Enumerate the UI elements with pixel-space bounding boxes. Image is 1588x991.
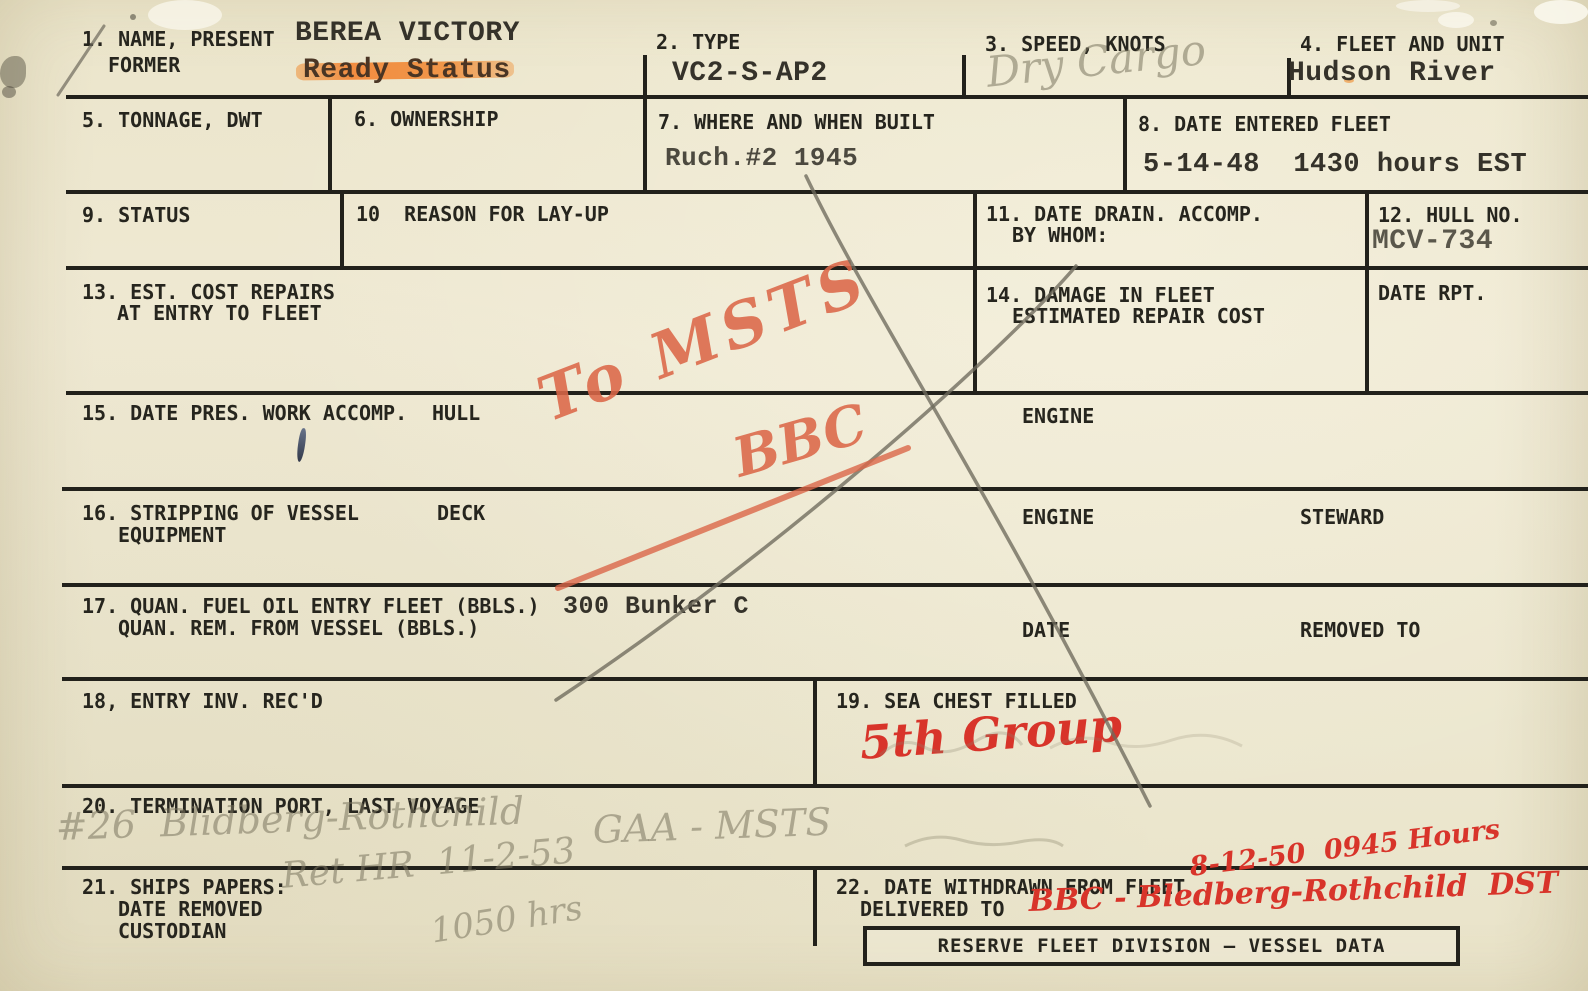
field-preswork-engine-label: ENGINE	[1022, 404, 1094, 428]
footer-stamp-box: RESERVE FLEET DIVISION — VESSEL DATA	[863, 926, 1460, 966]
field-status-label: 9. STATUS	[82, 203, 190, 227]
field-papers-label: 21. SHIPS PAPERS:	[82, 875, 287, 899]
divider	[62, 487, 1588, 491]
transfer-note-bbc: BBC	[726, 391, 874, 490]
field-type-value: VC2-S-AP2	[672, 58, 828, 89]
paper-damage	[0, 56, 26, 88]
divider	[340, 190, 344, 268]
field-type-label: 2. TYPE	[656, 30, 740, 54]
field-name-value: BEREA VICTORY	[295, 18, 520, 49]
field-preswork-label: 15. DATE PRES. WORK ACCOMP.	[82, 401, 407, 425]
vessel-data-card: 1. NAME, PRESENT FORMER BEREA VICTORY Re…	[0, 0, 1588, 991]
field-layup-label: 10 REASON FOR LAY-UP	[356, 202, 609, 226]
field-termination-note-right: GAA - MSTS	[592, 800, 832, 852]
divider	[962, 55, 966, 97]
field-papers-note-date: Ret HR 11-2-53	[280, 830, 577, 897]
divider	[973, 266, 977, 393]
field-stripping-steward-label: STEWARD	[1300, 505, 1384, 529]
field-fuel-removed-label: REMOVED TO	[1300, 618, 1420, 642]
field-fleet-label: 4. FLEET AND UNIT	[1300, 32, 1505, 56]
paper-damage	[130, 14, 136, 20]
field-built-value: Ruch.#2 1945	[665, 143, 858, 173]
divider	[643, 55, 647, 97]
divider	[973, 190, 977, 268]
paper-damage	[1396, 0, 1460, 12]
field-stripping-engine-label: ENGINE	[1022, 505, 1094, 529]
divider	[328, 95, 332, 192]
field-preswork-hull-label: HULL	[432, 401, 480, 425]
divider	[813, 866, 817, 946]
field-name-former-value: Ready Status	[303, 55, 511, 86]
field-fleet-value: Hudson River	[1288, 58, 1496, 89]
field-inventory-label: 18, ENTRY INV. REC'D	[82, 689, 323, 713]
field-built-label: 7. WHERE AND WHEN BUILT	[658, 110, 935, 134]
field-name-label: 1. NAME, PRESENT	[82, 27, 275, 51]
divider	[1365, 266, 1369, 393]
paper-damage	[148, 0, 222, 30]
field-damage-sublabel: ESTIMATED REPAIR COST	[1012, 304, 1265, 328]
divider	[62, 583, 1588, 587]
divider	[1123, 95, 1127, 192]
field-withdrawn-note-delivered: BBC - Bledberg-Rothchild DST	[1028, 866, 1559, 919]
field-name-sublabel: FORMER	[108, 53, 180, 77]
field-entered-value: 5-14-48 1430 hours EST	[1143, 150, 1527, 180]
divider	[66, 95, 1588, 99]
field-ownership-label: 6. OWNERSHIP	[354, 107, 499, 131]
field-stripping-deck-label: DECK	[437, 501, 485, 525]
field-hullno-value: MCV-734	[1372, 226, 1493, 257]
field-stripping-sublabel: EQUIPMENT	[118, 523, 226, 547]
field-withdrawn-delivered-label: DELIVERED TO	[860, 897, 1005, 921]
field-papers-note-time: 1050 hrs	[428, 888, 585, 951]
field-fuel-date-label: DATE	[1022, 618, 1070, 642]
paper-damage	[1490, 20, 1497, 26]
divider	[813, 677, 817, 786]
divider	[62, 784, 1588, 788]
field-hullno-label: 12. HULL NO.	[1378, 203, 1523, 227]
footer-stamp-text: RESERVE FLEET DIVISION — VESSEL DATA	[938, 935, 1386, 957]
paper-damage	[1534, 0, 1588, 24]
divider	[66, 190, 1588, 194]
field-fuel-value: 300 Bunker C	[563, 592, 749, 621]
ink-drip	[296, 428, 308, 463]
field-stripping-label: 16. STRIPPING OF VESSEL	[82, 501, 359, 525]
field-cost-sublabel: AT ENTRY TO FLEET	[117, 301, 322, 325]
divider	[1365, 190, 1369, 268]
paper-damage	[2, 86, 16, 98]
field-entered-label: 8. DATE ENTERED FLEET	[1138, 112, 1391, 136]
field-tonnage-label: 5. TONNAGE, DWT	[82, 108, 263, 132]
divider	[66, 391, 1588, 395]
field-fuel-label: 17. QUAN. FUEL OIL ENTRY FLEET (BBLS.)	[82, 594, 540, 618]
paper-damage	[1438, 12, 1474, 28]
field-papers-removed-label: DATE REMOVED	[118, 897, 263, 921]
divider	[62, 677, 1588, 681]
field-papers-custodian-label: CUSTODIAN	[118, 919, 226, 943]
field-fuel-sublabel: QUAN. REM. FROM VESSEL (BBLS.)	[118, 616, 479, 640]
field-drain-sublabel: BY WHOM:	[1012, 223, 1108, 247]
divider	[643, 95, 647, 192]
field-daterpt-label: DATE RPT.	[1378, 281, 1486, 305]
